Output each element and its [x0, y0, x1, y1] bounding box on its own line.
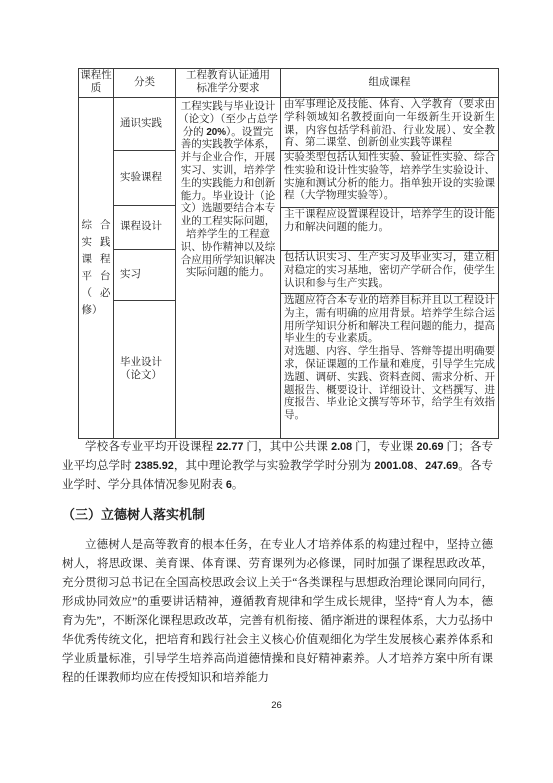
header-label: 分类: [134, 77, 155, 90]
composition-cell: 实验类型包括认知性实验、验证性实验、综合性实验和设计性实验等，培养学生实验设计、…: [281, 151, 498, 208]
standard-requirement-cell: 工程实践与毕业设计（论文）（至少占总学分的 20%）。设置完善的实践教学体系，并…: [176, 98, 280, 283]
section-heading: （三）立德树人落实机制: [62, 505, 493, 525]
category-label: 实验课程: [120, 172, 162, 185]
category-label: 毕业设计（论文）: [120, 357, 172, 383]
category-cell: 毕业设计（论文）: [114, 301, 175, 438]
header-cell-course-nature: 课程性质: [79, 69, 114, 97]
table-body: 综合实践课程平台（必修） 通识实践 实验课程 课程设计 实习 毕业设计（论文） …: [79, 98, 498, 438]
category-label: 实习: [120, 269, 141, 282]
category-label: 课程设计: [120, 221, 162, 234]
composition-cell: 主干课程应设置课程设计，培养学生的设计能力和解决问题的能力。: [281, 208, 498, 251]
course-platform-table: 课程性质 分类 工程教育认证通用标准学分要求 组成课程 综合实践课程平台（必修）…: [78, 68, 499, 439]
category-cell: 实验课程: [114, 151, 175, 206]
document-page: { "table": { "headers": { "course_nature…: [0, 0, 553, 783]
category-cell: 通识实践: [114, 98, 175, 151]
header-label: 组成课程: [369, 77, 411, 90]
page-number: 26: [0, 700, 553, 711]
composition-cell: 由军事理论及技能、体育、入学教育（要求由学科领域知名教授面向一年级新生开设新生课…: [281, 98, 498, 151]
body-text-area: 学校各专业平均开设课程 22.77 门，其中公共课 2.08 门，专业课 20.…: [62, 438, 493, 688]
category-cell: 课程设计: [114, 206, 175, 250]
platform-cell: 综合实践课程平台（必修）: [79, 98, 114, 438]
header-cell-standard: 工程教育认证通用标准学分要求: [176, 69, 281, 97]
paragraph-moral-education: 立德树人是高等教育的根本任务，在专业人才培养体系的构建过程中，坚持立德树人，将思…: [62, 536, 493, 688]
composition-cell: 选题应符合本专业的培养目标并且以工程设计为主，需有明确的应用背景。培养学生综合运…: [281, 294, 498, 438]
platform-label: 综合实践课程平台（必修）: [82, 217, 111, 319]
header-cell-composition: 组成课程: [281, 69, 498, 97]
composition-cell: 包括认识实习、生产实习及毕业实习，建立相对稳定的实习基地，密切产学研合作，使学生…: [281, 251, 498, 294]
table-header-row: 课程性质 分类 工程教育认证通用标准学分要求 组成课程: [79, 69, 498, 98]
paragraph-course-stats: 学校各专业平均开设课程 22.77 门，其中公共课 2.08 门，专业课 20.…: [62, 438, 493, 495]
header-label: 工程教育认证通用标准学分要求: [184, 70, 272, 96]
category-cell: 实习: [114, 250, 175, 301]
header-label: 课程性质: [80, 70, 112, 96]
composition-column: 由军事理论及技能、体育、入学教育（要求由学科领域知名教授面向一年级新生开设新生课…: [281, 98, 498, 438]
standard-column: 工程实践与毕业设计（论文）（至少占总学分的 20%）。设置完善的实践教学体系，并…: [176, 98, 281, 438]
category-label: 通识实践: [120, 118, 162, 131]
category-column: 通识实践 实验课程 课程设计 实习 毕业设计（论文）: [114, 98, 176, 438]
header-cell-category: 分类: [114, 69, 176, 97]
